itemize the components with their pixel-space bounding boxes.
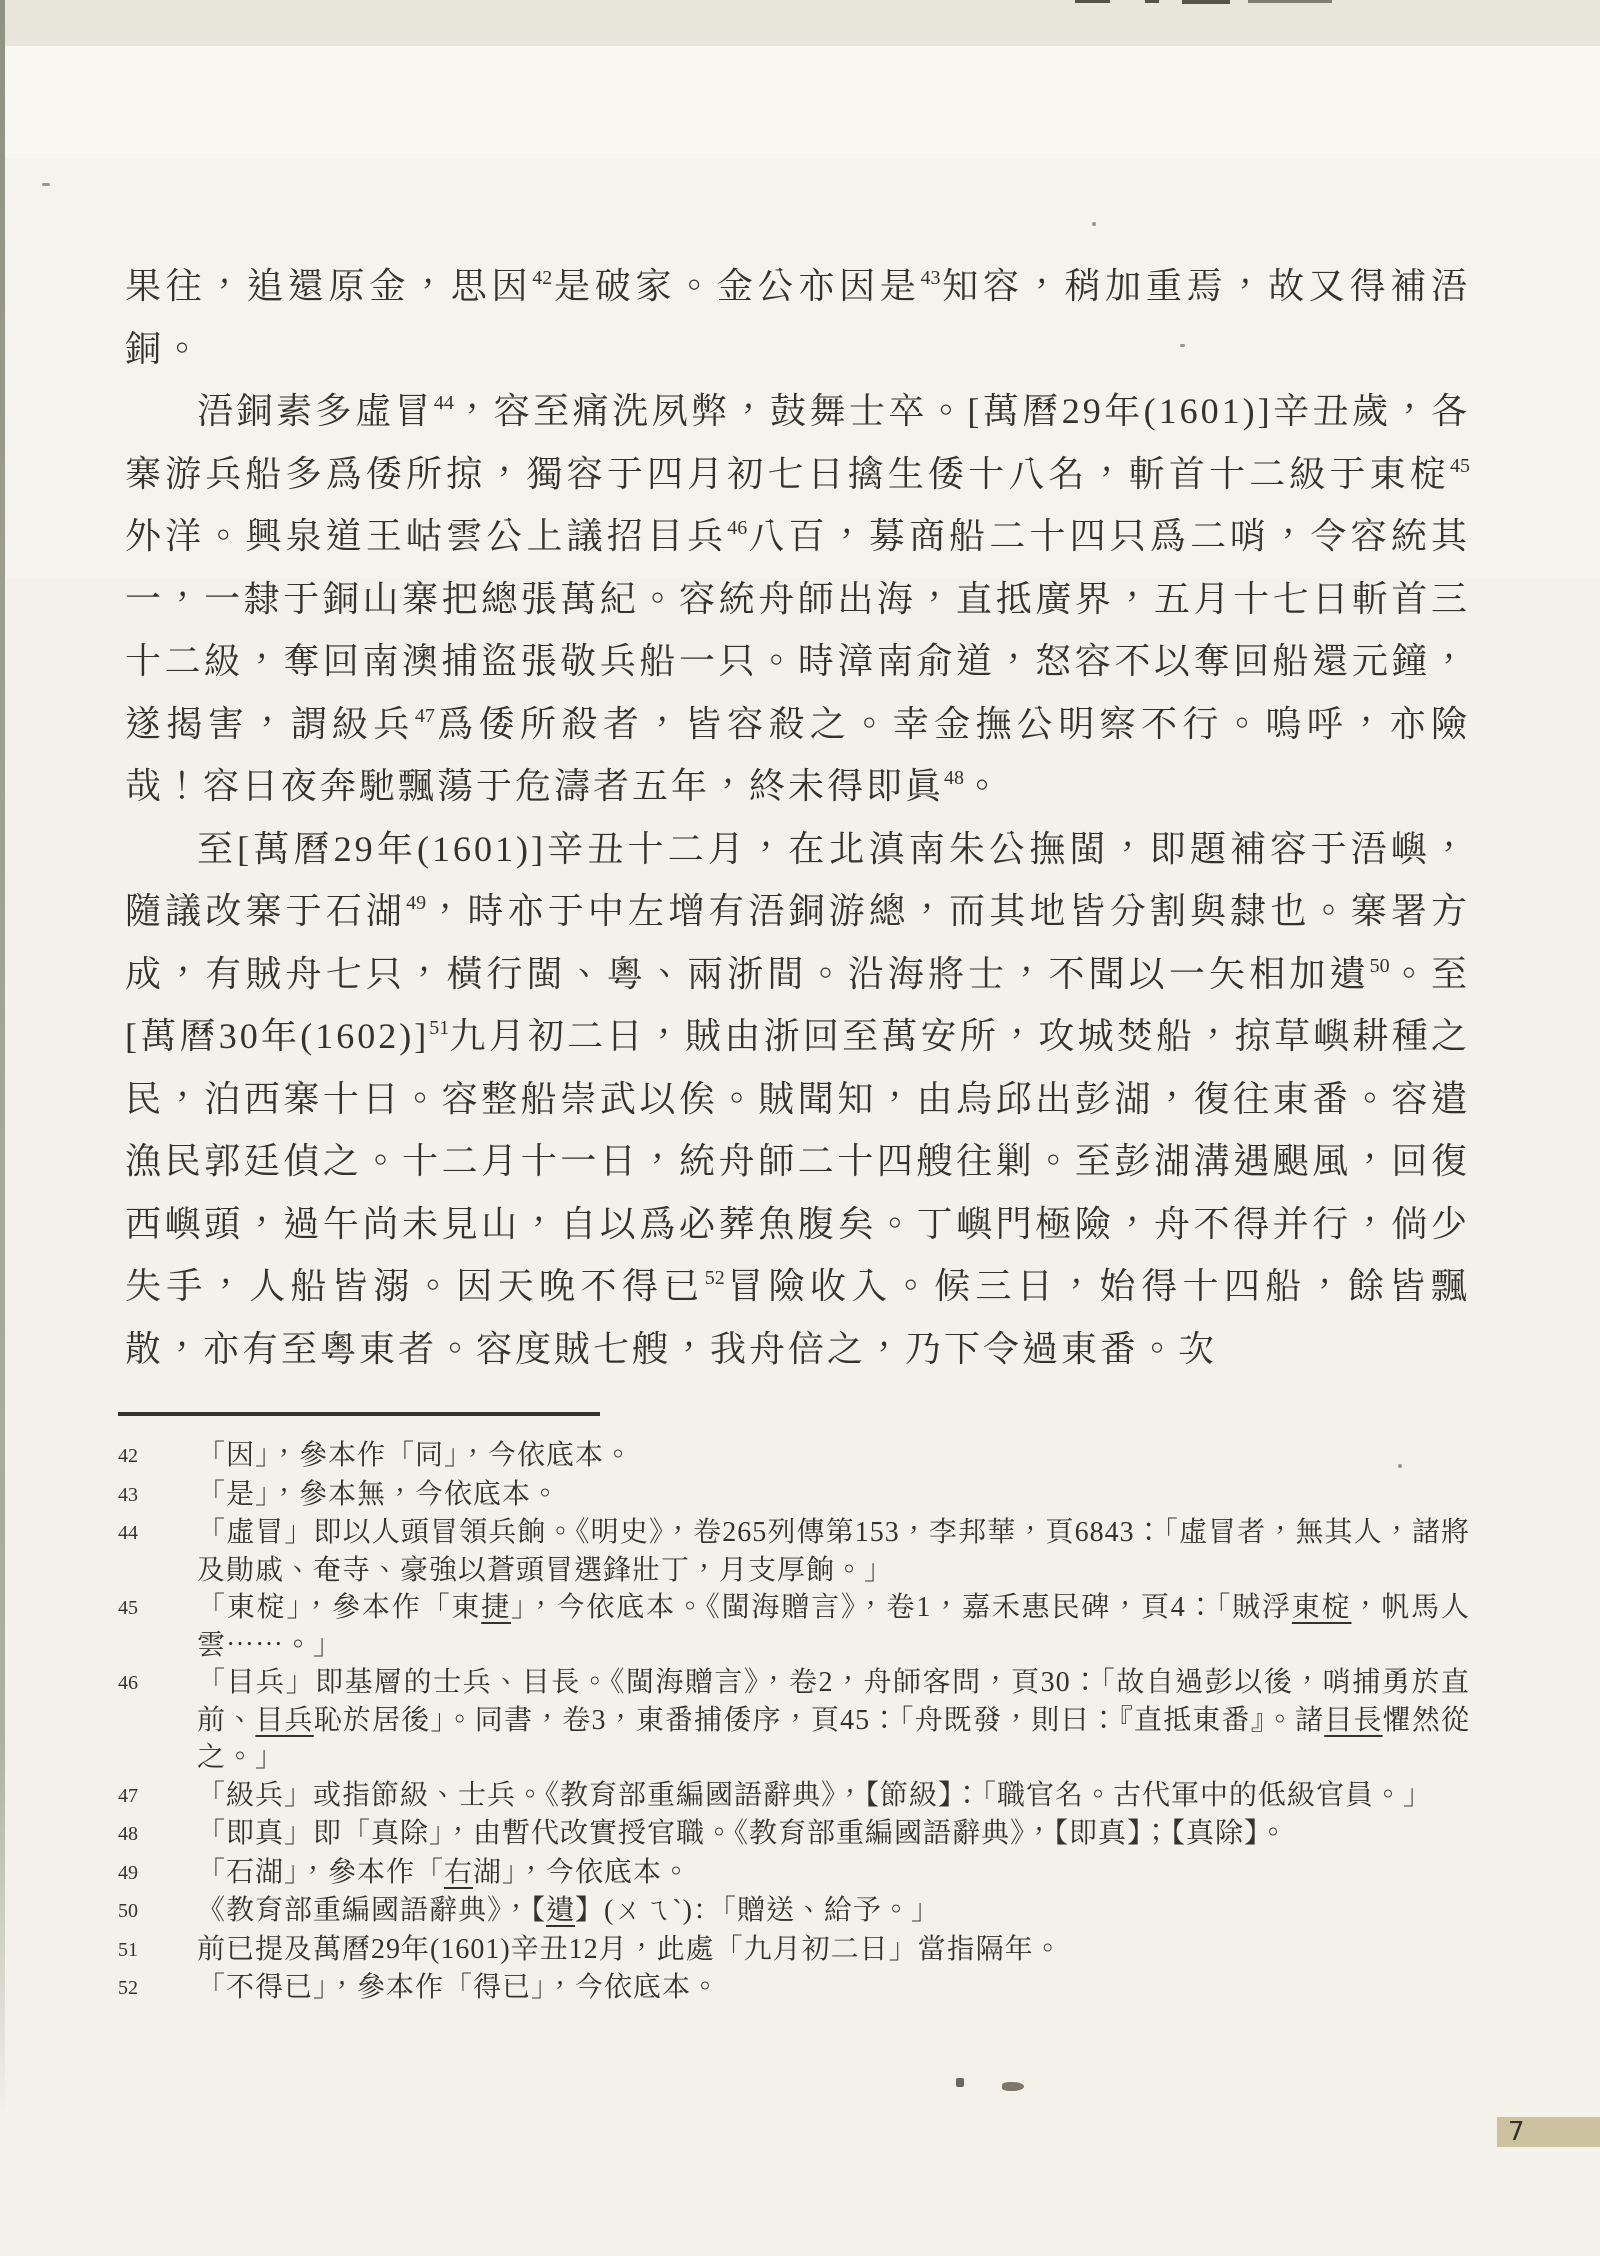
footnote: 44「虛冒」即以人頭冒領兵餉。《明史》，卷265列傳第153，李邦華，頁6843… bbox=[118, 1514, 1470, 1589]
footnote-reference: 48 bbox=[944, 767, 964, 789]
paragraph: 至[萬曆29年(1601)]辛丑十二月，在北滇南朱公撫閩，即題補容于浯嶼，隨議改… bbox=[125, 818, 1470, 1381]
scan-artifact bbox=[1145, 0, 1159, 3]
scanned-document-page: { "document": { "language": "zh-Hant", "… bbox=[0, 0, 1600, 2256]
paragraph: 浯銅素多虛冒44，容至痛洗夙弊，鼓舞士卒。[萬曆29年(1601)]辛丑歲，各寨… bbox=[125, 380, 1470, 818]
scan-artifact bbox=[1248, 0, 1332, 3]
footnote: 52「不得已」，參本作「得已」，今依底本。 bbox=[118, 1969, 1470, 2008]
scan-speck bbox=[42, 183, 50, 186]
footnote-reference: 50 bbox=[1370, 955, 1390, 977]
footnote-separator bbox=[118, 1412, 600, 1416]
footnote-reference: 49 bbox=[406, 892, 426, 914]
footnote: 46「目兵」即基層的士兵、目長。《閩海贈言》，卷2，舟師客問，頁30：「故自過彭… bbox=[118, 1664, 1470, 1777]
footnote-text: 「因」，參本作「同」，今依底本。 bbox=[197, 1437, 1470, 1475]
footnote-reference: 42 bbox=[532, 267, 552, 289]
footnote-reference: 51 bbox=[429, 1017, 449, 1039]
underlined-term: 目長 bbox=[1324, 1705, 1382, 1736]
footnote: 42「因」，參本作「同」，今依底本。 bbox=[118, 1437, 1470, 1476]
underlined-term: 捷 bbox=[481, 1592, 511, 1623]
footnote-text: 「石湖」，參本作「右湖」，今依底本。 bbox=[197, 1854, 1470, 1892]
footnote-number: 44 bbox=[118, 1514, 197, 1553]
footnote-number: 46 bbox=[118, 1664, 197, 1703]
footnote-text: 《教育部重編國語辭典》，【遺】(ㄨㄟˋ)：「贈送、給予。」 bbox=[197, 1892, 1470, 1930]
underlined-term: 東椗 bbox=[1292, 1592, 1352, 1623]
footnote-number: 43 bbox=[118, 1476, 197, 1515]
footnotes-section: 42「因」，參本作「同」，今依底本。43「是」，參本無，今依底本。44「虛冒」即… bbox=[118, 1437, 1470, 2008]
scan-top-band bbox=[0, 0, 1600, 46]
footnote-reference: 47 bbox=[415, 705, 435, 727]
footnote: 49「石湖」，參本作「右湖」，今依底本。 bbox=[118, 1854, 1470, 1893]
footnote-text: 「是」，參本無，今依底本。 bbox=[197, 1476, 1470, 1514]
footnote-text: 前已提及萬曆29年(1601)辛丑12月，此處「九月初二日」當指隔年。 bbox=[197, 1931, 1470, 1969]
footnote-reference: 52 bbox=[705, 1267, 725, 1289]
footnote-number: 52 bbox=[118, 1969, 197, 2008]
footnote-number: 45 bbox=[118, 1589, 197, 1628]
footnote-number: 48 bbox=[118, 1815, 197, 1854]
footnote-number: 50 bbox=[118, 1892, 197, 1931]
footnote-number: 42 bbox=[118, 1437, 197, 1476]
page-number: 7 bbox=[1508, 2117, 1525, 2147]
footnote: 45「東椗」，參本作「東捷」，今依底本。《閩海贈言》，卷1，嘉禾惠民碑，頁4：「… bbox=[118, 1589, 1470, 1664]
footnote-reference: 46 bbox=[727, 517, 747, 539]
footnote-reference: 45 bbox=[1450, 455, 1470, 477]
footnote-text: 「不得已」，參本作「得已」，今依底本。 bbox=[197, 1969, 1470, 2007]
footnote-reference: 44 bbox=[434, 392, 454, 414]
footnote-reference: 43 bbox=[921, 267, 941, 289]
footnote: 48「即真」即「真除」，由暫代改實授官職。《教育部重編國語辭典》，【即真】；【真… bbox=[118, 1815, 1470, 1854]
scan-speck bbox=[956, 2078, 964, 2087]
footnote-text: 「級兵」或指節級、士兵。《教育部重編國語辭典》，【節級】：「職官名。古代軍中的低… bbox=[197, 1777, 1470, 1815]
underlined-term: 遺 bbox=[546, 1895, 575, 1926]
page-number-badge: 7 bbox=[1497, 2117, 1600, 2147]
body-text: 果往，追還原金，思因42是破家。金公亦因是43知容，稍加重焉，故又得補浯銅。浯銅… bbox=[125, 255, 1470, 1380]
scan-artifact bbox=[1075, 0, 1110, 3]
footnote-text: 「虛冒」即以人頭冒領兵餉。《明史》，卷265列傳第153，李邦華，頁6843：「… bbox=[197, 1514, 1470, 1589]
scan-light-band bbox=[0, 46, 1600, 158]
footnote: 50《教育部重編國語辭典》，【遺】(ㄨㄟˋ)：「贈送、給予。」 bbox=[118, 1892, 1470, 1931]
underlined-term: 目兵 bbox=[255, 1705, 313, 1736]
footnote-text: 「目兵」即基層的士兵、目長。《閩海贈言》，卷2，舟師客問，頁30：「故自過彭以後… bbox=[197, 1664, 1470, 1777]
footnote: 51前已提及萬曆29年(1601)辛丑12月，此處「九月初二日」當指隔年。 bbox=[118, 1931, 1470, 1970]
footnote-number: 51 bbox=[118, 1931, 197, 1970]
underlined-term: 右 bbox=[444, 1857, 473, 1888]
scan-speck bbox=[1002, 2082, 1024, 2091]
book-spine-edge bbox=[0, 0, 5, 2120]
footnote: 47「級兵」或指節級、士兵。《教育部重編國語辭典》，【節級】：「職官名。古代軍中… bbox=[118, 1777, 1470, 1816]
paragraph: 果往，追還原金，思因42是破家。金公亦因是43知容，稍加重焉，故又得補浯銅。 bbox=[125, 255, 1470, 380]
footnote-text: 「東椗」，參本作「東捷」，今依底本。《閩海贈言》，卷1，嘉禾惠民碑，頁4：「賊浮… bbox=[197, 1589, 1470, 1664]
footnote-text: 「即真」即「真除」，由暫代改實授官職。《教育部重編國語辭典》，【即真】；【真除】… bbox=[197, 1815, 1470, 1853]
footnote: 43「是」，參本無，今依底本。 bbox=[118, 1476, 1470, 1515]
scan-speck bbox=[1092, 222, 1096, 226]
footnote-number: 49 bbox=[118, 1854, 197, 1893]
scan-artifact bbox=[1182, 0, 1230, 4]
footnote-number: 47 bbox=[118, 1777, 197, 1816]
